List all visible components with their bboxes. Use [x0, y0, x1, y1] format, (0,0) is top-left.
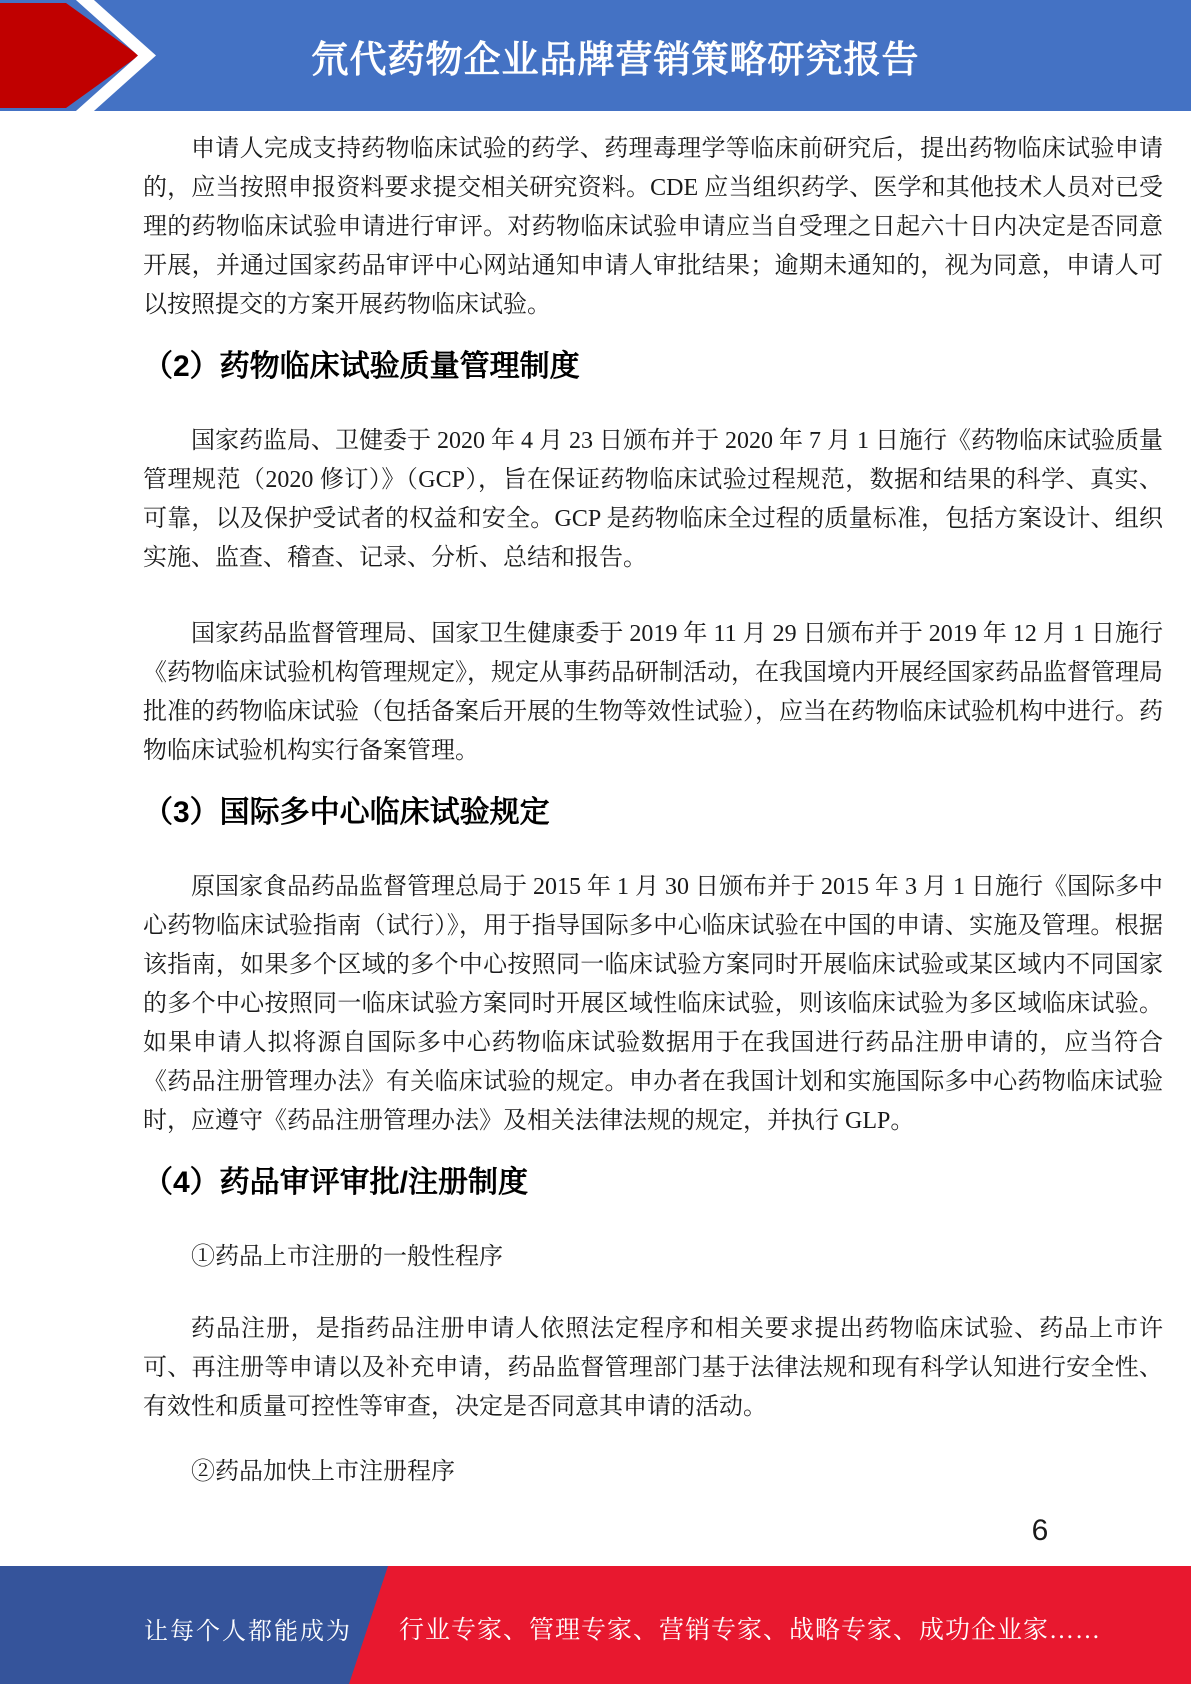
header-banner: 氘代药物企业品牌营销策略研究报告	[0, 0, 1191, 111]
subitem-general-registration-procedure: ①药品上市注册的一般性程序	[143, 1238, 1163, 1277]
footer-band: 让每个人都能成为 行业专家、管理专家、营销专家、战略专家、成功企业家……	[0, 1566, 1191, 1684]
subitem-accelerated-registration-procedure: ②药品加快上市注册程序	[143, 1453, 1163, 1492]
paragraph-drug-registration-definition: 药品注册，是指药品注册申请人依照法定程序和相关要求提出药物临床试验、药品上市许可…	[143, 1310, 1163, 1427]
document-content: 申请人完成支持药物临床试验的药学、药理毒理学等临床前研究后，提出药物临床试验申请…	[143, 130, 1163, 1492]
paragraph-trial-institution: 国家药品监督管理局、国家卫生健康委于 2019 年 11 月 29 日颁布并于 …	[143, 615, 1163, 771]
section-heading-multicenter-trials: （3）国际多中心临床试验规定	[143, 793, 1163, 833]
paragraph-gcp: 国家药监局、卫健委于 2020 年 4 月 23 日颁布并于 2020 年 7 …	[143, 422, 1163, 578]
paragraph-clinical-trial-application: 申请人完成支持药物临床试验的药学、药理毒理学等临床前研究后，提出药物临床试验申请…	[143, 130, 1163, 325]
footer-slogan-right: 行业专家、管理专家、营销专家、战略专家、成功企业家……	[399, 1566, 1101, 1684]
footer-slogan-left: 让每个人都能成为	[0, 1566, 352, 1684]
section-heading-quality-management: （2）药物临床试验质量管理制度	[143, 347, 1163, 387]
section-heading-drug-registration: （4）药品审评审批/注册制度	[143, 1163, 1163, 1203]
report-title: 氘代药物企业品牌营销策略研究报告	[0, 0, 1191, 111]
paragraph-multicenter-guideline: 原国家食品药品监督管理总局于 2015 年 1 月 30 日颁布并于 2015 …	[143, 868, 1163, 1141]
page-number: 6	[1000, 1514, 1080, 1548]
